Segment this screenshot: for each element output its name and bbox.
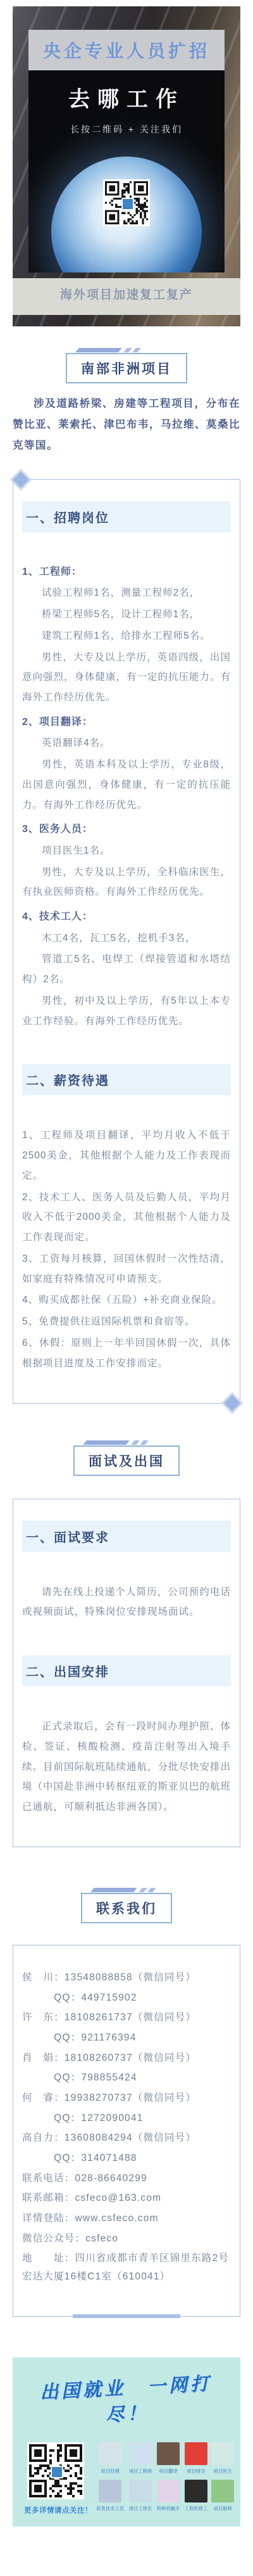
job-tile: 特种机械手 [156, 2480, 181, 2512]
recruit-text-line: 男性，初中及以上学历，有5年以上本专业工作经验。有海外工作经历优先。 [22, 991, 231, 1032]
recruit-heading-salary: 二、薪资待遇 [22, 1064, 231, 1095]
contact-line: 高自力：13608084294（微信同号） [22, 2129, 231, 2148]
section-title-text: 面试及出国 [89, 1454, 164, 1469]
banner-panel: 央企专业人员扩招 去哪工作 长按二维码 + 关注我们 [28, 30, 225, 272]
recruit-heading-positions: 一、招聘岗位 [22, 501, 231, 532]
section-title-text: 联系我们 [96, 1902, 157, 1916]
section-title-box: 面试及出国 [73, 1445, 180, 1476]
section-title-contact: 联系我们 [0, 1893, 253, 1923]
job-thumbnail-icon [99, 2480, 121, 2502]
banner-caption-strip: 海外项目加速复工复产 [13, 278, 240, 315]
job-thumbnail-icon [157, 2480, 180, 2502]
job-thumbnail-icon [185, 2480, 207, 2502]
banner-subtitle: 去哪工作 [28, 82, 225, 113]
job-tile: 项目财会 [183, 2442, 209, 2475]
section-title-text: 南部非洲项目 [81, 362, 172, 376]
recruit-text-line: 试验工程师1名，测量工程师2名， [22, 583, 231, 603]
salary-item: 2、技术工人、医务人员及后勤人员，平均月收入不低于2000美金，其他根据个人能力… [22, 1188, 231, 1248]
job-tile: 项目工班长 [128, 2480, 153, 2512]
footer-qr-caption: 更多详情请点关注！ [24, 2505, 87, 2515]
contact-line: 肖 娟：18108260737（微信同号） [22, 2049, 231, 2068]
recruit-text-line: 男性，大专及以上学历，英语四级，出国意向强烈，身体健康，有一定的抗压能力。有海外… [22, 648, 231, 708]
contact-line: 侯 川：13548088858（微信同号） [22, 1969, 231, 1987]
contact-line: 何 睿：19938270737（微信同号） [22, 2089, 231, 2108]
recruit-text-line: 桥梁工程师5名，设计工程师1名， [22, 605, 231, 625]
interview-card: 一、面试要求 请先在线上投递个人简历，公司预约电话或视频面试，特殊岗位安排现场面… [13, 1499, 240, 1847]
job-label: 特种机械手 [157, 2505, 180, 2511]
footer-slogan: 出国就业 一网打尽！ [19, 2368, 234, 2431]
salary-item: 3、工资每月核算，回国休假时一次性结清，如家庭有特殊情况可申请预支。 [22, 1249, 231, 1290]
banner-title: 央企专业人员扩招 [43, 37, 210, 63]
recruit-text-line: 建筑工程师1名，给排水工程师5名。 [22, 626, 231, 646]
salary-item: 5、免费提供往返国际机票和食宿等。 [22, 1312, 231, 1332]
interview-paragraph: 请先在线上投递个人简历，公司预约电话或视频面试，特殊岗位安排现场面试。 [22, 1582, 231, 1623]
header-banner: 央企专业人员扩招 去哪工作 长按二维码 + 关注我们 海外项目加速复工复产 [13, 6, 240, 326]
job-thumbnail-icon [157, 2442, 180, 2465]
recruit-text-line: 4、技术工人： [22, 907, 231, 926]
job-label: 工程机修工 [185, 2505, 208, 2511]
footer-promo: 出国就业 一网打尽！ 更多详情请点关注！ 项目经理 项目工程师 项目翻译 [13, 2357, 240, 2527]
job-thumbnail-icon [185, 2442, 207, 2465]
recruit-text-line: 1、工程师： [22, 563, 231, 582]
contact-line: QQ：921176394 [22, 2029, 231, 2047]
job-label: 项目厨师 [213, 2505, 231, 2511]
job-label: 项目工程师 [129, 2468, 152, 2474]
recruit-text-line: 英语翻译4名。 [22, 733, 231, 753]
job-thumbnail-icon [211, 2442, 234, 2465]
contact-line: 地 址：四川省成都市青羊区锦里东路2号宏达大厦16楼C1室（610041） [22, 2250, 231, 2286]
job-label: 项目工班长 [129, 2505, 152, 2511]
salary-item: 6、休假：原则上一年半回国休假一次，具体根据项目进度及工作安排而定。 [22, 1333, 231, 1374]
contact-line: QQ：798855424 [22, 2069, 231, 2087]
contact-line: 联系邮箱：csfeco@163.com [22, 2189, 231, 2208]
job-tile: 各类技术人员 [95, 2480, 125, 2512]
card-bottom-bar-decoration [73, 2314, 180, 2318]
job-label: 项目财会 [187, 2468, 205, 2474]
job-tile: 项目工程师 [128, 2442, 153, 2475]
job-tile: 工程机修工 [183, 2480, 209, 2512]
contact-line: 微信公众号：csfeco [22, 2230, 231, 2248]
job-label: 各类技术人员 [96, 2505, 124, 2511]
section-title-south-africa: 南部非洲项目 [0, 353, 253, 383]
contact-line: 联系电话：028-86640299 [22, 2170, 231, 2188]
salary-items-list: 1、工程师及项目翻译，平均月收入不低于2500美金，其他根据个人能力及工作表现而… [22, 1125, 231, 1373]
salary-item: 1、工程师及项目翻译，平均月收入不低于2500美金，其他根据个人能力及工作表现而… [22, 1125, 231, 1186]
recruit-text-line: 男性，英语本科及以上学历，专业8级，出国意向强烈，身体健康，有一定的抗压能力。有… [22, 755, 231, 815]
departure-paragraph: 正式录取后，会有一段时间办理护照、体检、签证、核酸检测、疫苗注射等出入境手续。目… [22, 1717, 231, 1817]
section-title-box: 联系我们 [81, 1893, 172, 1923]
contact-line: QQ：449715902 [22, 1989, 231, 2008]
footer-qr-block: 更多详情请点关注！ [24, 2442, 87, 2515]
job-tile: 项目厨师 [211, 2480, 234, 2512]
recruit-text-line: 管道工5名、电焊工（焊接管道和水塔结构）2名。 [22, 949, 231, 990]
job-thumbnail-icon [211, 2480, 234, 2502]
title-decoration-bar-icon [75, 348, 121, 352]
section-intro-paragraph: 涉及道路桥梁、房建等工程项目，分布在赞比亚、莱索托、津巴布韦，马拉维、莫桑比克等… [13, 394, 240, 456]
banner-title-strip: 央企专业人员扩招 [28, 30, 225, 70]
job-tile: 项目经理 [95, 2442, 125, 2475]
job-label: 项目医生 [213, 2468, 231, 2474]
contact-line: 详情登陆：www.csfeco.com [22, 2210, 231, 2228]
recruit-text-line: 项目医生1名。 [22, 841, 231, 861]
contact-line: QQ：1272090041 [22, 2110, 231, 2128]
qr-center-logo-icon [121, 198, 134, 210]
footer-jobs-grid: 项目经理 项目工程师 项目翻译 项目财会 项目医生 各类技术人员 [95, 2442, 234, 2512]
recruit-text-line: 男性，大专及以上学历，全科临床医生，有执业医师资格。有海外工作经历优先。 [22, 862, 231, 903]
banner-caption: 海外项目加速复工复产 [13, 278, 240, 302]
job-thumbnail-icon [99, 2442, 121, 2465]
contact-line: QQ：314071488 [22, 2150, 231, 2168]
footer-body: 更多详情请点关注！ 项目经理 项目工程师 项目翻译 项目财会 项目医生 [20, 2442, 233, 2515]
contact-lines-list: 侯 川：13548088858（微信同号） QQ：449715902许 东：18… [22, 1969, 231, 2286]
qr-follow-hint: 长按二维码 + 关注我们 [28, 123, 225, 136]
wechat-qr-code-icon[interactable] [27, 2442, 84, 2499]
recruit-text-line: 3、医务人员： [22, 820, 231, 839]
job-thumbnail-icon [129, 2480, 152, 2502]
title-decoration-bar-icon [90, 1888, 137, 1892]
job-label: 项目翻译 [159, 2468, 177, 2474]
section-title-interview: 面试及出国 [0, 1445, 253, 1476]
salary-item: 4、购买成都社保（五险）+补充商业保险。 [22, 1290, 231, 1310]
job-tile: 项目医生 [211, 2442, 234, 2475]
qr-center-logo-icon [51, 2466, 63, 2478]
wechat-qr-code-icon[interactable] [103, 179, 150, 226]
section-title-box: 南部非洲项目 [66, 353, 187, 383]
recruit-positions-list: 1、工程师：试验工程师1名，测量工程师2名，桥梁工程师5名，设计工程师1名，建筑… [22, 563, 231, 1031]
job-thumbnail-icon [129, 2442, 152, 2465]
interview-heading-requirements: 一、面试要求 [22, 1521, 231, 1552]
job-tile: 项目翻译 [156, 2442, 181, 2475]
recruit-text-line: 2、项目翻译： [22, 713, 231, 732]
interview-heading-departure: 二、出国安排 [22, 1655, 231, 1686]
contact-card: 侯 川：13548088858（微信同号） QQ：449715902许 东：18… [13, 1945, 240, 2317]
contact-line: 许 东：18108261737（微信同号） [22, 2009, 231, 2027]
job-label: 项目经理 [101, 2468, 119, 2474]
recruit-card: 一、招聘岗位 1、工程师：试验工程师1名，测量工程师2名，桥梁工程师5名，设计工… [13, 479, 240, 1404]
title-decoration-bar-icon [83, 1440, 129, 1445]
recruit-text-line: 木工4名，瓦工5名，挖机手3名， [22, 928, 231, 949]
